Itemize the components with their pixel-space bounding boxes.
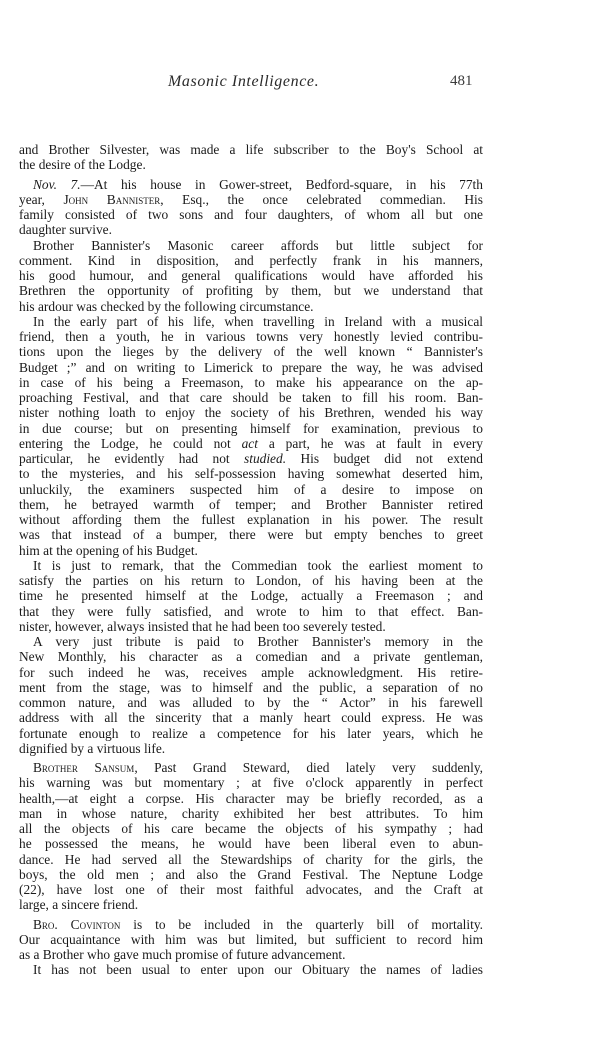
text-line: Nov. 7.—At his house in Gower-street, Be… xyxy=(19,177,483,192)
text-line: Brethren the opportunity of profiting by… xyxy=(19,283,483,298)
text-line: his ardour was checked by the following … xyxy=(19,299,483,314)
paragraph: Brother Sansum, Past Grand Steward, died… xyxy=(19,760,483,913)
text-line: in due course; but on presenting himself… xyxy=(19,421,483,436)
text-line: entering the Lodge, he could not act a p… xyxy=(19,436,483,451)
text-line: address with all the sincerity that a ma… xyxy=(19,710,483,725)
text-line: man in whose nature, charity exhibited h… xyxy=(19,806,483,821)
text-line: satisfy the parties on his return to Lon… xyxy=(19,573,483,588)
text-line: as a Brother who gave much promise of fu… xyxy=(19,947,483,962)
body-text: and Brother Silvester, was made a life s… xyxy=(19,142,483,978)
text-line: proaching Festival, and that care should… xyxy=(19,390,483,405)
text-line: him at the opening of his Budget. xyxy=(19,543,483,558)
text-line: tions upon the lieges by the delivery of… xyxy=(19,344,483,359)
text-line: without affording them the fullest expla… xyxy=(19,512,483,527)
text-line: time he presented himself at the Lodge, … xyxy=(19,588,483,603)
text-line: the desire of the Lodge. xyxy=(19,157,483,172)
text-line: Our acquaintance with him was but limite… xyxy=(19,932,483,947)
text-line: health,—at eight a corpse. His character… xyxy=(19,791,483,806)
paragraph: A very just tribute is paid to Brother B… xyxy=(19,634,483,756)
text-line: (22), have lost one of their most faithf… xyxy=(19,882,483,897)
person-name: John Bannister xyxy=(63,192,160,207)
text-line: boys, the old men ; and also the Grand F… xyxy=(19,867,483,882)
paragraph: In the early part of his life, when trav… xyxy=(19,314,483,558)
text-line: dignified by a virtuous life. xyxy=(19,741,483,756)
emphasis: act xyxy=(242,436,258,451)
page-number: 481 xyxy=(450,73,473,90)
text-line: to the mysteries, and his self-possessio… xyxy=(19,466,483,481)
text-line: his warning was but momentary ; at five … xyxy=(19,775,483,790)
running-title: Masonic Intelligence. xyxy=(168,73,319,91)
text-line: It is just to remark, that the Commedian… xyxy=(19,558,483,573)
paragraph: It has not been usual to enter upon our … xyxy=(19,962,483,977)
person-name: Brother Sansum xyxy=(33,760,134,775)
text-line: all the objects of his care became the o… xyxy=(19,821,483,836)
emphasis: studied. xyxy=(244,451,286,466)
text-line: It has not been usual to enter upon our … xyxy=(19,962,483,977)
text-line: common nature, and was alluded to by the… xyxy=(19,695,483,710)
text-line: that they were fully satisfied, and wrot… xyxy=(19,604,483,619)
text-line: for such indeed he was, receives ample a… xyxy=(19,665,483,680)
text-line: fortunate enough to realize a competence… xyxy=(19,726,483,741)
text-line: he possessed the means, he would have be… xyxy=(19,836,483,851)
text-line: friend, then a youth, he in various town… xyxy=(19,329,483,344)
paragraph: It is just to remark, that the Commedian… xyxy=(19,558,483,634)
text-line: ment from the stage, was to himself and … xyxy=(19,680,483,695)
paragraph: Nov. 7.—At his house in Gower-street, Be… xyxy=(19,177,483,238)
text-line: A very just tribute is paid to Brother B… xyxy=(19,634,483,649)
running-head: Masonic Intelligence. 481 xyxy=(0,73,594,95)
paragraph: Brother Bannister's Masonic career affor… xyxy=(19,238,483,314)
text-line: Brother Bannister's Masonic career affor… xyxy=(19,238,483,253)
text-line: Brother Sansum, Past Grand Steward, died… xyxy=(19,760,483,775)
text-line: was that instead of a bumper, there were… xyxy=(19,527,483,542)
text-line: particular, he evidently had not studied… xyxy=(19,451,483,466)
text-line: nister, however, always insisted that he… xyxy=(19,619,483,634)
text-line: family consisted of two sons and four da… xyxy=(19,207,483,222)
paragraph: Bro. Covinton is to be included in the q… xyxy=(19,917,483,963)
text-line: nister nothing loath to enjoy the societ… xyxy=(19,405,483,420)
person-name: Bro. Covinton xyxy=(33,917,120,932)
text-line: year, John Bannister, Esq., the once cel… xyxy=(19,192,483,207)
text-line: Bro. Covinton is to be included in the q… xyxy=(19,917,483,932)
date-label: Nov. 7. xyxy=(33,177,81,192)
text-line: In the early part of his life, when trav… xyxy=(19,314,483,329)
paragraph: and Brother Silvester, was made a life s… xyxy=(19,142,483,173)
text-line: comment. Kind in disposition, and perfec… xyxy=(19,253,483,268)
text-line: Budget ;” and on writing to Limerick to … xyxy=(19,360,483,375)
text-line: his good humour, and general qualificati… xyxy=(19,268,483,283)
book-page: Masonic Intelligence. 481 and Brother Si… xyxy=(0,0,594,1061)
text-line: dance. He had served all the Stewardship… xyxy=(19,852,483,867)
text-line: daughter survive. xyxy=(19,222,483,237)
text-line: and Brother Silvester, was made a life s… xyxy=(19,142,483,157)
text-line: New Monthly, his character as a comedian… xyxy=(19,649,483,664)
text-line: in case of his being a Freemason, to mak… xyxy=(19,375,483,390)
text-line: large, a sincere friend. xyxy=(19,897,483,912)
text-line: them, he betrayed warmth of temper; and … xyxy=(19,497,483,512)
text-line: unluckily, the examiners suspected him o… xyxy=(19,482,483,497)
